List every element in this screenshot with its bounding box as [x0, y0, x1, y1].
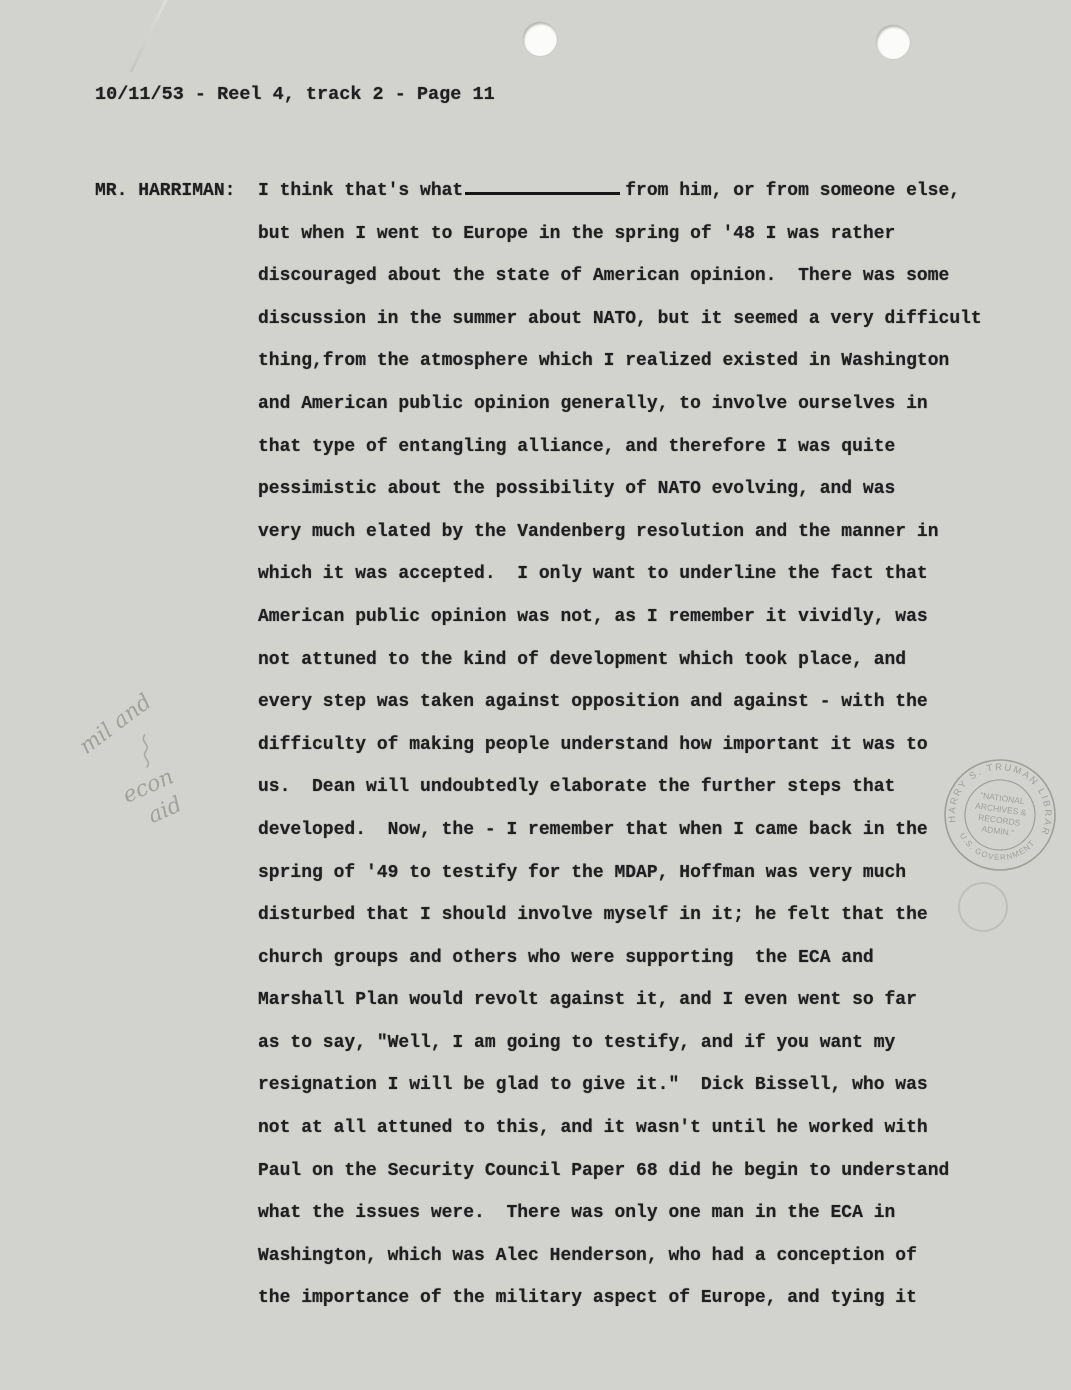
transcript-line: what the issues were. There was only one… [258, 1192, 1018, 1235]
transcript-line: but when I went to Europe in the spring … [258, 213, 1018, 256]
transcript-line: every step was taken against opposition … [258, 681, 1018, 724]
transcript-line: church groups and others who were suppor… [258, 937, 1018, 980]
transcript-body: I think that's whatfrom him, or from som… [258, 170, 1018, 1320]
first-line-pre: I think that's what [258, 181, 463, 201]
transcript-line: I think that's whatfrom him, or from som… [258, 170, 1018, 213]
transcript-line: as to say, "Well, I am going to testify,… [258, 1022, 1018, 1065]
page-header: 10/11/53 - Reel 4, track 2 - Page 11 [95, 84, 495, 105]
punch-hole [876, 25, 910, 59]
transcript-line: discouraged about the state of American … [258, 255, 1018, 298]
transcript-line: thing,from the atmosphere which I realiz… [258, 340, 1018, 383]
transcript-line: American public opinion was not, as I re… [258, 596, 1018, 639]
speaker-label: MR. HARRIMAN: [95, 170, 235, 213]
stamp-smudge [958, 882, 1008, 932]
transcript-line: discussion in the summer about NATO, but… [258, 298, 1018, 341]
document-page: 10/11/53 - Reel 4, track 2 - Page 11 MR.… [0, 0, 1071, 1390]
transcript-line: not at all attuned to this, and it wasn'… [258, 1107, 1018, 1150]
transcript-line: us. Dean will undoubtedly elaborate the … [258, 766, 1018, 809]
transcript-line: pessimistic about the possibility of NAT… [258, 468, 1018, 511]
transcript-line: very much elated by the Vandenberg resol… [258, 511, 1018, 554]
transcript-line: Paul on the Security Council Paper 68 di… [258, 1150, 1018, 1193]
transcript-line: difficulty of making people understand h… [258, 724, 1018, 767]
paper-crease [129, 0, 173, 73]
transcript-line: disturbed that I should involve myself i… [258, 894, 1018, 937]
first-line-post: from him, or from someone else, [625, 181, 960, 201]
transcript-line: the importance of the military aspect of… [258, 1277, 1018, 1320]
transcript-line: Marshall Plan would revolt against it, a… [258, 979, 1018, 1022]
transcript-line: not attuned to the kind of development w… [258, 639, 1018, 682]
transcript-line: resignation I will be glad to give it." … [258, 1064, 1018, 1107]
archive-stamp: HARRY S. TRUMAN LIBRARY U.S. GOVERNMENT … [925, 740, 1071, 890]
transcript-line: Washington, which was Alec Henderson, wh… [258, 1235, 1018, 1278]
transcript-line: and American public opinion generally, t… [258, 383, 1018, 426]
punch-hole [523, 22, 557, 56]
pencil-squiggle-icon [135, 732, 156, 772]
transcript-line: developed. Now, the - I remember that wh… [258, 809, 1018, 852]
transcript-line: that type of entangling alliance, and th… [258, 426, 1018, 469]
transcript-line: spring of '49 to testify for the MDAP, H… [258, 852, 1018, 895]
transcript-line: which it was accepted. I only want to un… [258, 553, 1018, 596]
blank-underline [465, 178, 620, 195]
